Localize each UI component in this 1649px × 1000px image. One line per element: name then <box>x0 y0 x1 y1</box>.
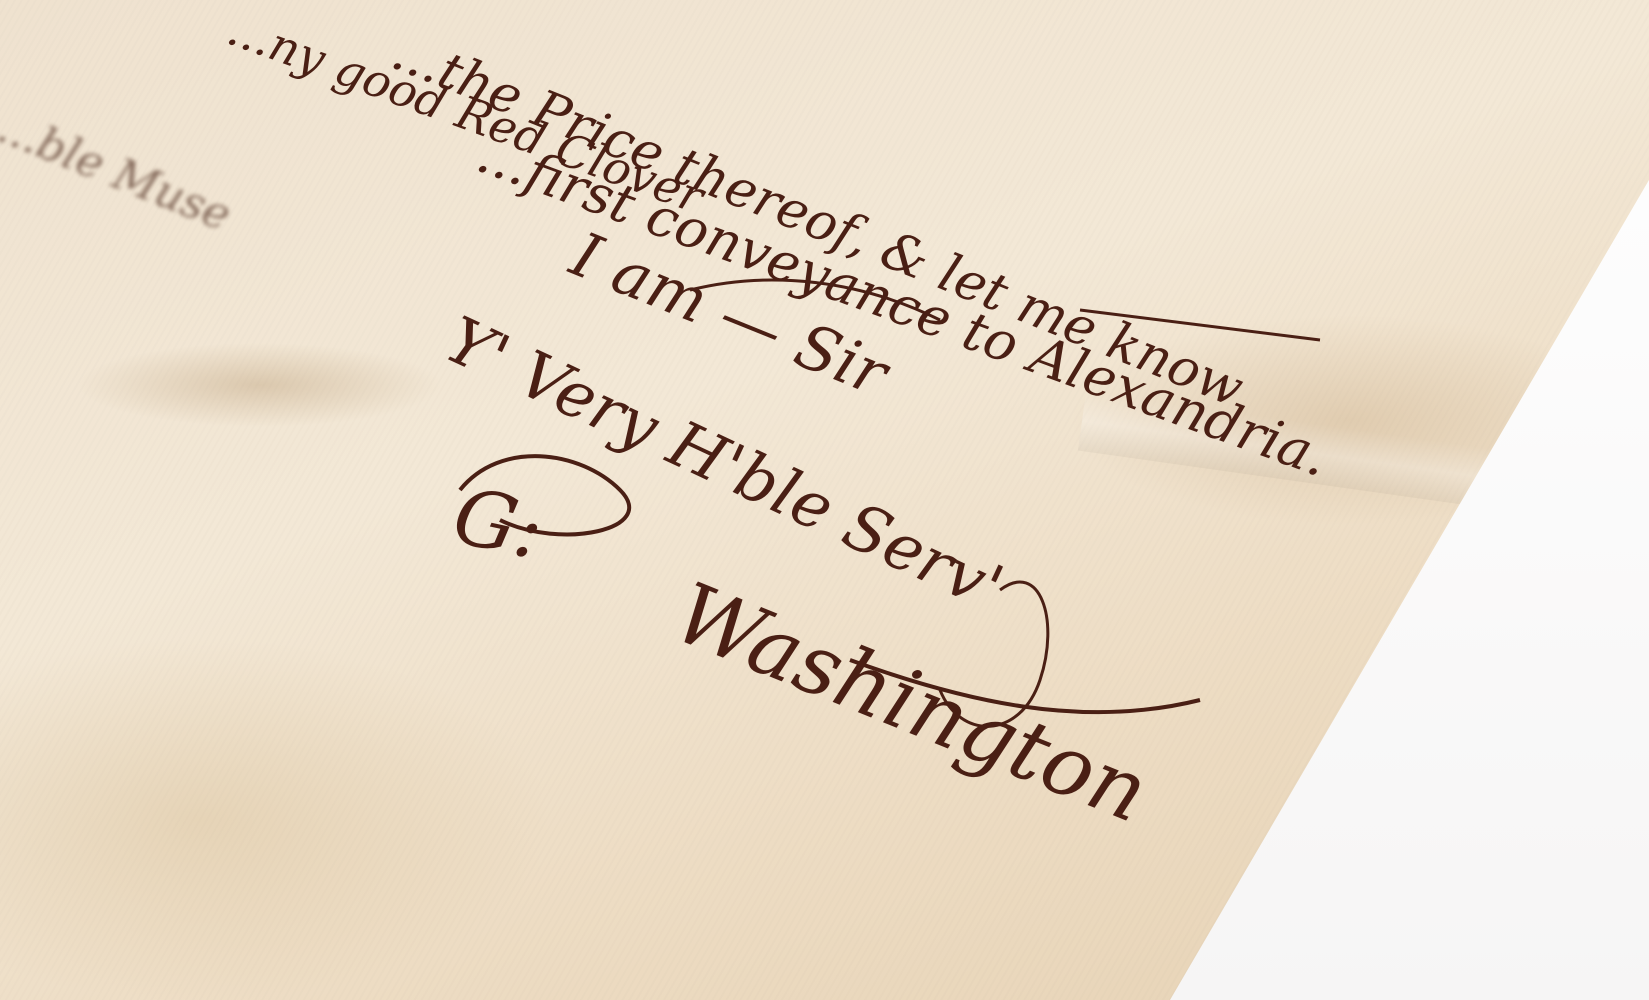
signature-flourish <box>440 260 1340 780</box>
letter-line-left-blurred: ...ble Muse <box>0 102 238 242</box>
